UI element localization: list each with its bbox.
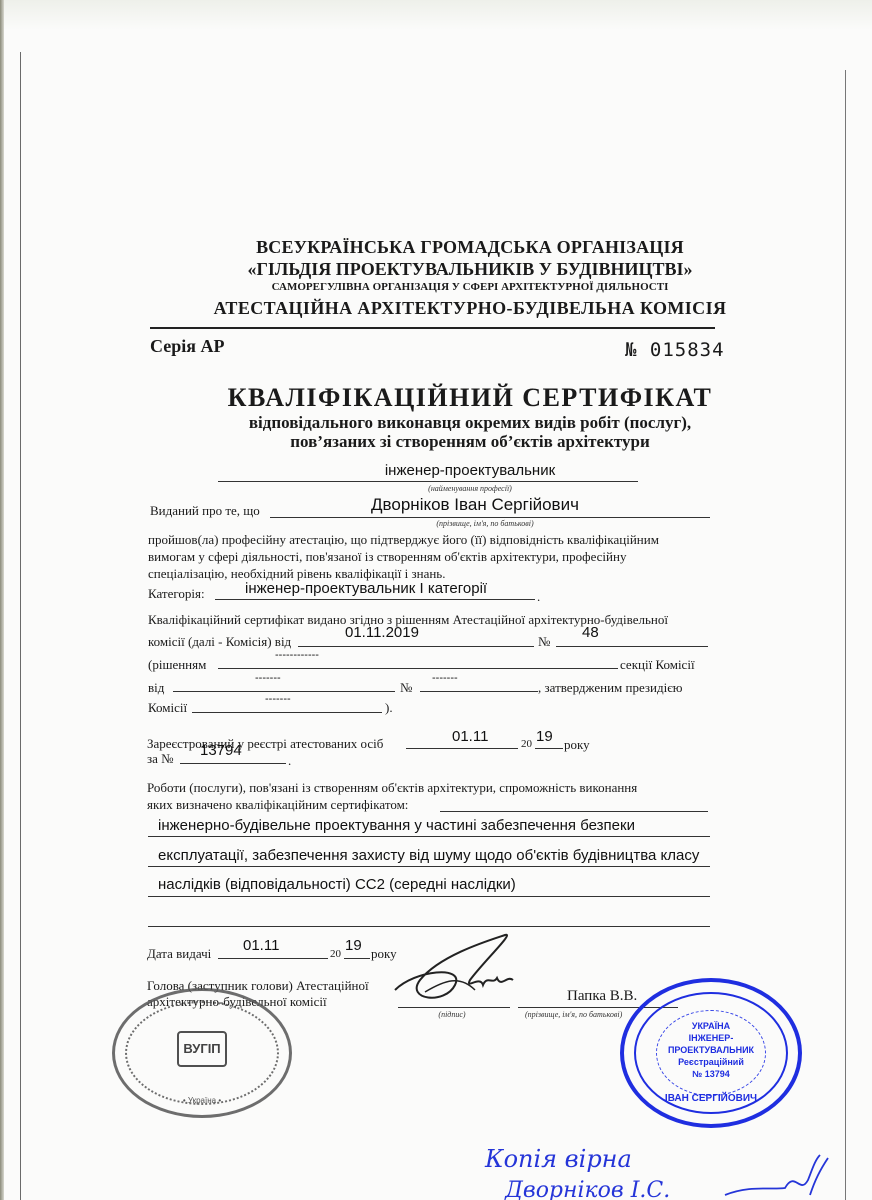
paragraph-line: пройшов(ла) професійну атестацію, що під… bbox=[148, 531, 716, 548]
category-end: . bbox=[537, 589, 540, 605]
commission-label: Комісії bbox=[148, 700, 187, 716]
works-intro-line2: яких визначено кваліфікаційним сертифіка… bbox=[147, 797, 408, 813]
holder-label: Виданий про те, що bbox=[150, 503, 260, 519]
profession-value: інженер-проектувальник bbox=[330, 462, 610, 479]
handwritten-copy-note: Копія вірна bbox=[485, 1145, 632, 1173]
profession-caption: (найменування професії) bbox=[330, 484, 610, 493]
registry-year-prefix: 20 bbox=[521, 738, 532, 750]
registry-date: 01.11 bbox=[452, 728, 488, 745]
section-underline bbox=[218, 668, 618, 669]
seal-text: Реєстраційний bbox=[624, 1056, 798, 1068]
paragraph-line: вимогам у сфері діяльності, пов'язаної і… bbox=[148, 548, 716, 565]
commission-value: ------- bbox=[265, 693, 291, 705]
seal-country: • Україна • bbox=[115, 1096, 289, 1105]
from-underline bbox=[173, 691, 395, 692]
holder-name: Дворніков Іван Сергійович bbox=[285, 495, 665, 515]
holder-caption: (прізвище, ім'я, по батькові) bbox=[320, 519, 650, 528]
commission-end: ). bbox=[385, 700, 393, 716]
registry-year-underline bbox=[535, 748, 563, 749]
decision-number-label: № bbox=[538, 634, 550, 650]
no-label: № bbox=[400, 680, 412, 696]
subtitle-line1: відповідального виконавця окремих видів … bbox=[150, 413, 790, 432]
decision-number-underline bbox=[556, 646, 708, 647]
issue-date: 01.11 bbox=[243, 937, 279, 954]
certificate-title: КВАЛІФІКАЦІЙНИЙ СЕРТИФІКАТ bbox=[150, 383, 790, 413]
org-description: САМОРЕГУЛІВНА ОРГАНІЗАЦІЯ У СФЕРІ АРХІТЕ… bbox=[150, 281, 790, 293]
profession-underline bbox=[218, 481, 638, 482]
subtitle-line2: пов’язаних зі створенням об’єктів архіте… bbox=[150, 432, 790, 451]
signature-underline bbox=[398, 1007, 510, 1008]
commission-underline bbox=[192, 712, 382, 713]
works-underline-2 bbox=[148, 866, 710, 867]
no-underline bbox=[420, 691, 538, 692]
org-name-line2: «ГІЛЬДІЯ ПРОЕКТУВАЛЬНИКІВ У БУДІВНИЦТВІ» bbox=[150, 259, 790, 280]
category-underline bbox=[215, 599, 535, 600]
works-line-3: наслідків (відповідальності) СС2 (середн… bbox=[158, 876, 516, 893]
registry-number: 13794 bbox=[200, 742, 242, 759]
works-line-2: експлуатації, забезпечення захисту від ш… bbox=[158, 847, 699, 864]
from-label: від bbox=[148, 680, 164, 696]
scan-top-shade bbox=[0, 0, 872, 30]
organization-seal: ВУГІП • Україна • bbox=[112, 988, 292, 1118]
decision-date: 01.11.2019 bbox=[345, 624, 419, 641]
seal-text: УКРАЇНА bbox=[624, 1020, 798, 1032]
issue-year-underline bbox=[344, 958, 370, 959]
registry-date-underline bbox=[406, 748, 518, 749]
issue-year-prefix: 20 bbox=[330, 948, 341, 960]
certificate-number: № 015834 bbox=[625, 339, 725, 361]
no-value: ------- bbox=[432, 672, 458, 684]
attestation-paragraph: пройшов(ла) професійну атестацію, що під… bbox=[148, 531, 716, 582]
signatory-name: Папка В.В. bbox=[567, 988, 637, 1005]
category-label: Категорія: bbox=[148, 586, 205, 602]
seal-text: № 13794 bbox=[624, 1068, 798, 1080]
personal-seal: УКРАЇНА ІНЖЕНЕР- ПРОЕКТУВАЛЬНИК Реєстрац… bbox=[620, 978, 802, 1128]
category-value: інженер-проектувальник І категорії bbox=[245, 580, 487, 597]
section-value: ------------ bbox=[275, 649, 319, 661]
registry-year-suffix: 19 bbox=[536, 728, 553, 745]
certificate-series: Серія АР bbox=[150, 336, 224, 357]
holder-underline bbox=[270, 517, 710, 518]
works-underline-1 bbox=[148, 836, 710, 837]
section-label-end: секції Комісії bbox=[620, 657, 695, 673]
registry-end: . bbox=[288, 753, 291, 769]
approved-label: , затвердженим президією bbox=[538, 680, 683, 696]
seal-text: ПРОЕКТУВАЛЬНИК bbox=[624, 1044, 798, 1056]
commission-name: АТЕСТАЦІЙНА АРХІТЕКТУРНО-БУДІВЕЛЬНА КОМІ… bbox=[150, 298, 790, 319]
certificate-subtitle: відповідального виконавця окремих видів … bbox=[150, 413, 790, 451]
registry-number-underline bbox=[180, 763, 286, 764]
issue-label: Дата видачі bbox=[147, 946, 211, 962]
scan-edge bbox=[0, 0, 4, 1200]
signature-scribble bbox=[385, 930, 525, 1010]
signature-caption: (підпис) bbox=[402, 1010, 502, 1019]
issue-year-suffix: 19 bbox=[345, 937, 362, 954]
works-intro-underline bbox=[440, 811, 708, 812]
seal-logo: ВУГІП bbox=[177, 1031, 227, 1067]
header-divider bbox=[150, 327, 715, 329]
org-name-line1: ВСЕУКРАЇНСЬКА ГРОМАДСЬКА ОРГАНІЗАЦІЯ bbox=[150, 237, 790, 258]
decision-number: 48 bbox=[582, 624, 599, 641]
works-underline-3 bbox=[148, 896, 710, 897]
works-line-1: інженерно-будівельне проектування у част… bbox=[158, 817, 635, 834]
handwritten-name: Дворніков І.С. bbox=[505, 1178, 670, 1200]
section-label: (рішенням bbox=[148, 657, 206, 673]
seal-center-text: УКРАЇНА ІНЖЕНЕР- ПРОЕКТУВАЛЬНИК Реєстрац… bbox=[624, 1020, 798, 1080]
page-border-left bbox=[20, 52, 21, 1200]
registry-label: Зареєстрований у реєстрі атестованих осі… bbox=[147, 736, 383, 752]
issue-date-underline bbox=[218, 958, 328, 959]
signatory-name-caption: (прізвище, ім'я, по батькові) bbox=[525, 1010, 622, 1019]
handwritten-signature bbox=[720, 1150, 830, 1200]
registry-no-label: за № bbox=[147, 751, 174, 767]
registry-year-word: року bbox=[564, 737, 590, 753]
works-underline-4 bbox=[148, 926, 710, 927]
from-value: ------- bbox=[255, 672, 281, 684]
seal-holder-name: ІВАН СЕРГІЙОВИЧ bbox=[624, 1093, 798, 1104]
decision-date-underline bbox=[298, 646, 534, 647]
page-border-right bbox=[845, 70, 846, 1200]
works-intro-line1: Роботи (послуги), пов'язані із створення… bbox=[147, 780, 637, 796]
seal-text: ІНЖЕНЕР- bbox=[624, 1032, 798, 1044]
decision-line2-label: комісії (далі - Комісія) від bbox=[148, 634, 291, 650]
